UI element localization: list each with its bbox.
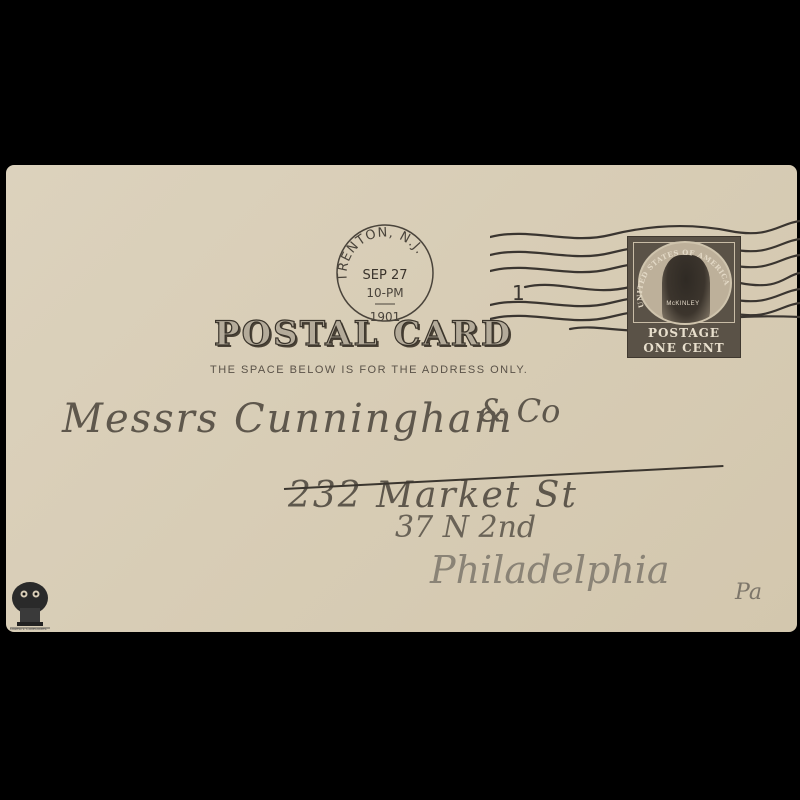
stamp-ring: UNITED STATES OF AMERICA xyxy=(628,237,740,327)
cancel-number: 1 xyxy=(512,281,525,305)
postal-card-title: POSTAL CARD xyxy=(214,314,560,354)
postage-stamp: UNITED STATES OF AMERICA McKINLEY POSTAG… xyxy=(627,236,741,358)
stamp-postage-label: POSTAGE xyxy=(628,326,740,340)
postmark-circle: TRENTON, N.J. SEP 27 10-PM 1901 xyxy=(333,221,437,325)
watermark-logo-icon xyxy=(8,578,52,630)
address-state: Pa xyxy=(735,580,762,605)
stamp-portrait-name: McKINLEY xyxy=(658,301,708,307)
address-line-2-correction: 37 N 2nd xyxy=(395,510,536,545)
address-instruction: THE SPACE BELOW IS FOR THE ADDRESS ONLY. xyxy=(210,364,528,376)
stamp-ring-text: UNITED STATES OF AMERICA xyxy=(635,248,732,309)
stamp-value-label: ONE CENT xyxy=(628,341,740,355)
svg-text:UNITED STATES OF AMERICA: UNITED STATES OF AMERICA xyxy=(635,248,732,309)
address-line-1-suffix: & Co xyxy=(478,392,560,430)
watermark-label: Oldest 1 Collectibles xyxy=(10,626,46,631)
postmark-time: 10-PM xyxy=(366,286,403,300)
address-city: Philadelphia xyxy=(430,548,670,592)
address-line-1: Messrs Cunningham xyxy=(62,396,514,442)
postmark-date: SEP 27 xyxy=(363,268,408,283)
